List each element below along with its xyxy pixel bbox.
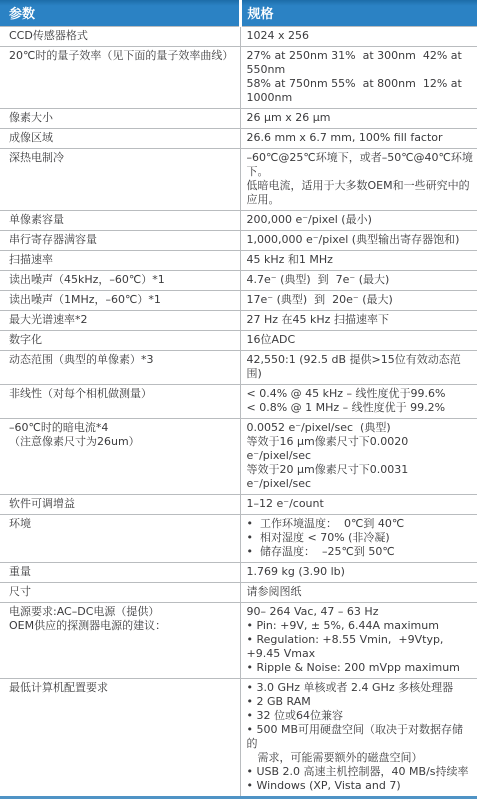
table-row: 读出噪声（45kHz，–60℃）*14.7e⁻ (典型) 到 7e⁻ (最大) bbox=[0, 270, 477, 290]
param-column-header: 参数 bbox=[0, 0, 240, 26]
spec-cell: –60℃@25℃环境下，或者–50℃@40℃环境下。 低暗电流，适用于大多数OE… bbox=[240, 148, 477, 210]
param-cell: 数字化 bbox=[0, 330, 240, 350]
param-cell: –60℃时的暗电流*4 （注意像素尺寸为26um） bbox=[0, 418, 240, 494]
param-cell: 电源要求:AC–DC电源（提供） OEM供应的探测器电源的建议： bbox=[0, 602, 240, 678]
param-cell: 环境 bbox=[0, 514, 240, 562]
spec-cell: 1024 x 256 bbox=[240, 26, 477, 46]
spec-column-header: 规格 bbox=[240, 0, 477, 26]
spec-cell: 0.0052 e⁻/pixel/sec (典型) 等效于16 μm像素尺寸下0.… bbox=[240, 418, 477, 494]
table-row: 20℃时的量子效率（见下面的量子效率曲线）27% at 250nm 31% at… bbox=[0, 46, 477, 108]
table-row: 成像区域26.6 mm x 6.7 mm, 100% fill factor bbox=[0, 128, 477, 148]
param-cell: CCD传感器格式 bbox=[0, 26, 240, 46]
spec-cell: 90– 264 Vac, 47 – 63 Hz • Pin: +9V, ± 5%… bbox=[240, 602, 477, 678]
spec-cell: 17e⁻ (典型) 到 20e⁻ (最大) bbox=[240, 290, 477, 310]
table-row: 读出噪声（1MHz，–60℃）*117e⁻ (典型) 到 20e⁻ (最大) bbox=[0, 290, 477, 310]
table-row: 串行寄存器满容量1,000,000 e⁻/pixel (典型输出寄存器饱和) bbox=[0, 230, 477, 250]
param-cell: 最低计算机配置要求 bbox=[0, 678, 240, 797]
table-row: 像素大小26 μm x 26 μm bbox=[0, 108, 477, 128]
table-row: 数字化16位ADC bbox=[0, 330, 477, 350]
spec-table-body: CCD传感器格式1024 x 25620℃时的量子效率（见下面的量子效率曲线）2… bbox=[0, 26, 477, 797]
table-row: 扫描速率45 kHz 和1 MHz bbox=[0, 250, 477, 270]
param-cell: 非线性（对每个相机做测量） bbox=[0, 384, 240, 418]
table-row: 单像素容量200,000 e⁻/pixel (最小) bbox=[0, 210, 477, 230]
param-cell: 尺寸 bbox=[0, 582, 240, 602]
spec-cell: 200,000 e⁻/pixel (最小) bbox=[240, 210, 477, 230]
table-row: 尺寸请参阅图纸 bbox=[0, 582, 477, 602]
table-row: 最大光谱速率*227 Hz 在45 kHz 扫描速率下 bbox=[0, 310, 477, 330]
header-row: 参数 规格 bbox=[0, 0, 477, 26]
table-row: 电源要求:AC–DC电源（提供） OEM供应的探测器电源的建议：90– 264 … bbox=[0, 602, 477, 678]
spec-cell: 42,550:1 (92.5 dB 提供>15位有效动态范围) bbox=[240, 350, 477, 384]
spec-cell: 26.6 mm x 6.7 mm, 100% fill factor bbox=[240, 128, 477, 148]
param-cell: 深热电制冷 bbox=[0, 148, 240, 210]
table-row: 最低计算机配置要求• 3.0 GHz 单核或者 2.4 GHz 多核处理器 • … bbox=[0, 678, 477, 797]
spec-table: 参数 规格 CCD传感器格式1024 x 25620℃时的量子效率（见下面的量子… bbox=[0, 0, 477, 799]
spec-cell: 27 Hz 在45 kHz 扫描速率下 bbox=[240, 310, 477, 330]
spec-cell: < 0.4% @ 45 kHz – 线性度优于99.6% < 0.8% @ 1 … bbox=[240, 384, 477, 418]
param-cell: 软件可调增益 bbox=[0, 494, 240, 514]
spec-cell: 请参阅图纸 bbox=[240, 582, 477, 602]
table-row: 环境• 工作环境温度： 0℃到 40℃ • 相对湿度 < 70% (非冷凝) •… bbox=[0, 514, 477, 562]
table-row: 软件可调增益1–12 e⁻/count bbox=[0, 494, 477, 514]
table-row: –60℃时的暗电流*4 （注意像素尺寸为26um）0.0052 e⁻/pixel… bbox=[0, 418, 477, 494]
spec-cell: 1,000,000 e⁻/pixel (典型输出寄存器饱和) bbox=[240, 230, 477, 250]
spec-table-header: 参数 规格 bbox=[0, 0, 477, 26]
spec-cell: 26 μm x 26 μm bbox=[240, 108, 477, 128]
spec-cell: 4.7e⁻ (典型) 到 7e⁻ (最大) bbox=[240, 270, 477, 290]
table-row: 深热电制冷–60℃@25℃环境下，或者–50℃@40℃环境下。 低暗电流，适用于… bbox=[0, 148, 477, 210]
param-cell: 单像素容量 bbox=[0, 210, 240, 230]
param-cell: 读出噪声（45kHz，–60℃）*1 bbox=[0, 270, 240, 290]
param-cell: 最大光谱速率*2 bbox=[0, 310, 240, 330]
table-row: 重量1.769 kg (3.90 lb) bbox=[0, 562, 477, 582]
param-cell: 重量 bbox=[0, 562, 240, 582]
param-cell: 20℃时的量子效率（见下面的量子效率曲线） bbox=[0, 46, 240, 108]
table-row: CCD传感器格式1024 x 256 bbox=[0, 26, 477, 46]
spec-cell: 1.769 kg (3.90 lb) bbox=[240, 562, 477, 582]
table-row: 非线性（对每个相机做测量）< 0.4% @ 45 kHz – 线性度优于99.6… bbox=[0, 384, 477, 418]
table-row: 动态范围（典型的单像素）*342,550:1 (92.5 dB 提供>15位有效… bbox=[0, 350, 477, 384]
param-cell: 动态范围（典型的单像素）*3 bbox=[0, 350, 240, 384]
param-cell: 读出噪声（1MHz，–60℃）*1 bbox=[0, 290, 240, 310]
param-cell: 串行寄存器满容量 bbox=[0, 230, 240, 250]
param-cell: 扫描速率 bbox=[0, 250, 240, 270]
param-cell: 成像区域 bbox=[0, 128, 240, 148]
spec-cell: • 工作环境温度： 0℃到 40℃ • 相对湿度 < 70% (非冷凝) • 储… bbox=[240, 514, 477, 562]
spec-cell: • 3.0 GHz 单核或者 2.4 GHz 多核处理器 • 2 GB RAM … bbox=[240, 678, 477, 797]
spec-cell: 1–12 e⁻/count bbox=[240, 494, 477, 514]
spec-cell: 45 kHz 和1 MHz bbox=[240, 250, 477, 270]
spec-cell: 27% at 250nm 31% at 300nm 42% at 550nm 5… bbox=[240, 46, 477, 108]
spec-cell: 16位ADC bbox=[240, 330, 477, 350]
spec-sheet: 参数 规格 CCD传感器格式1024 x 25620℃时的量子效率（见下面的量子… bbox=[0, 0, 477, 799]
param-cell: 像素大小 bbox=[0, 108, 240, 128]
